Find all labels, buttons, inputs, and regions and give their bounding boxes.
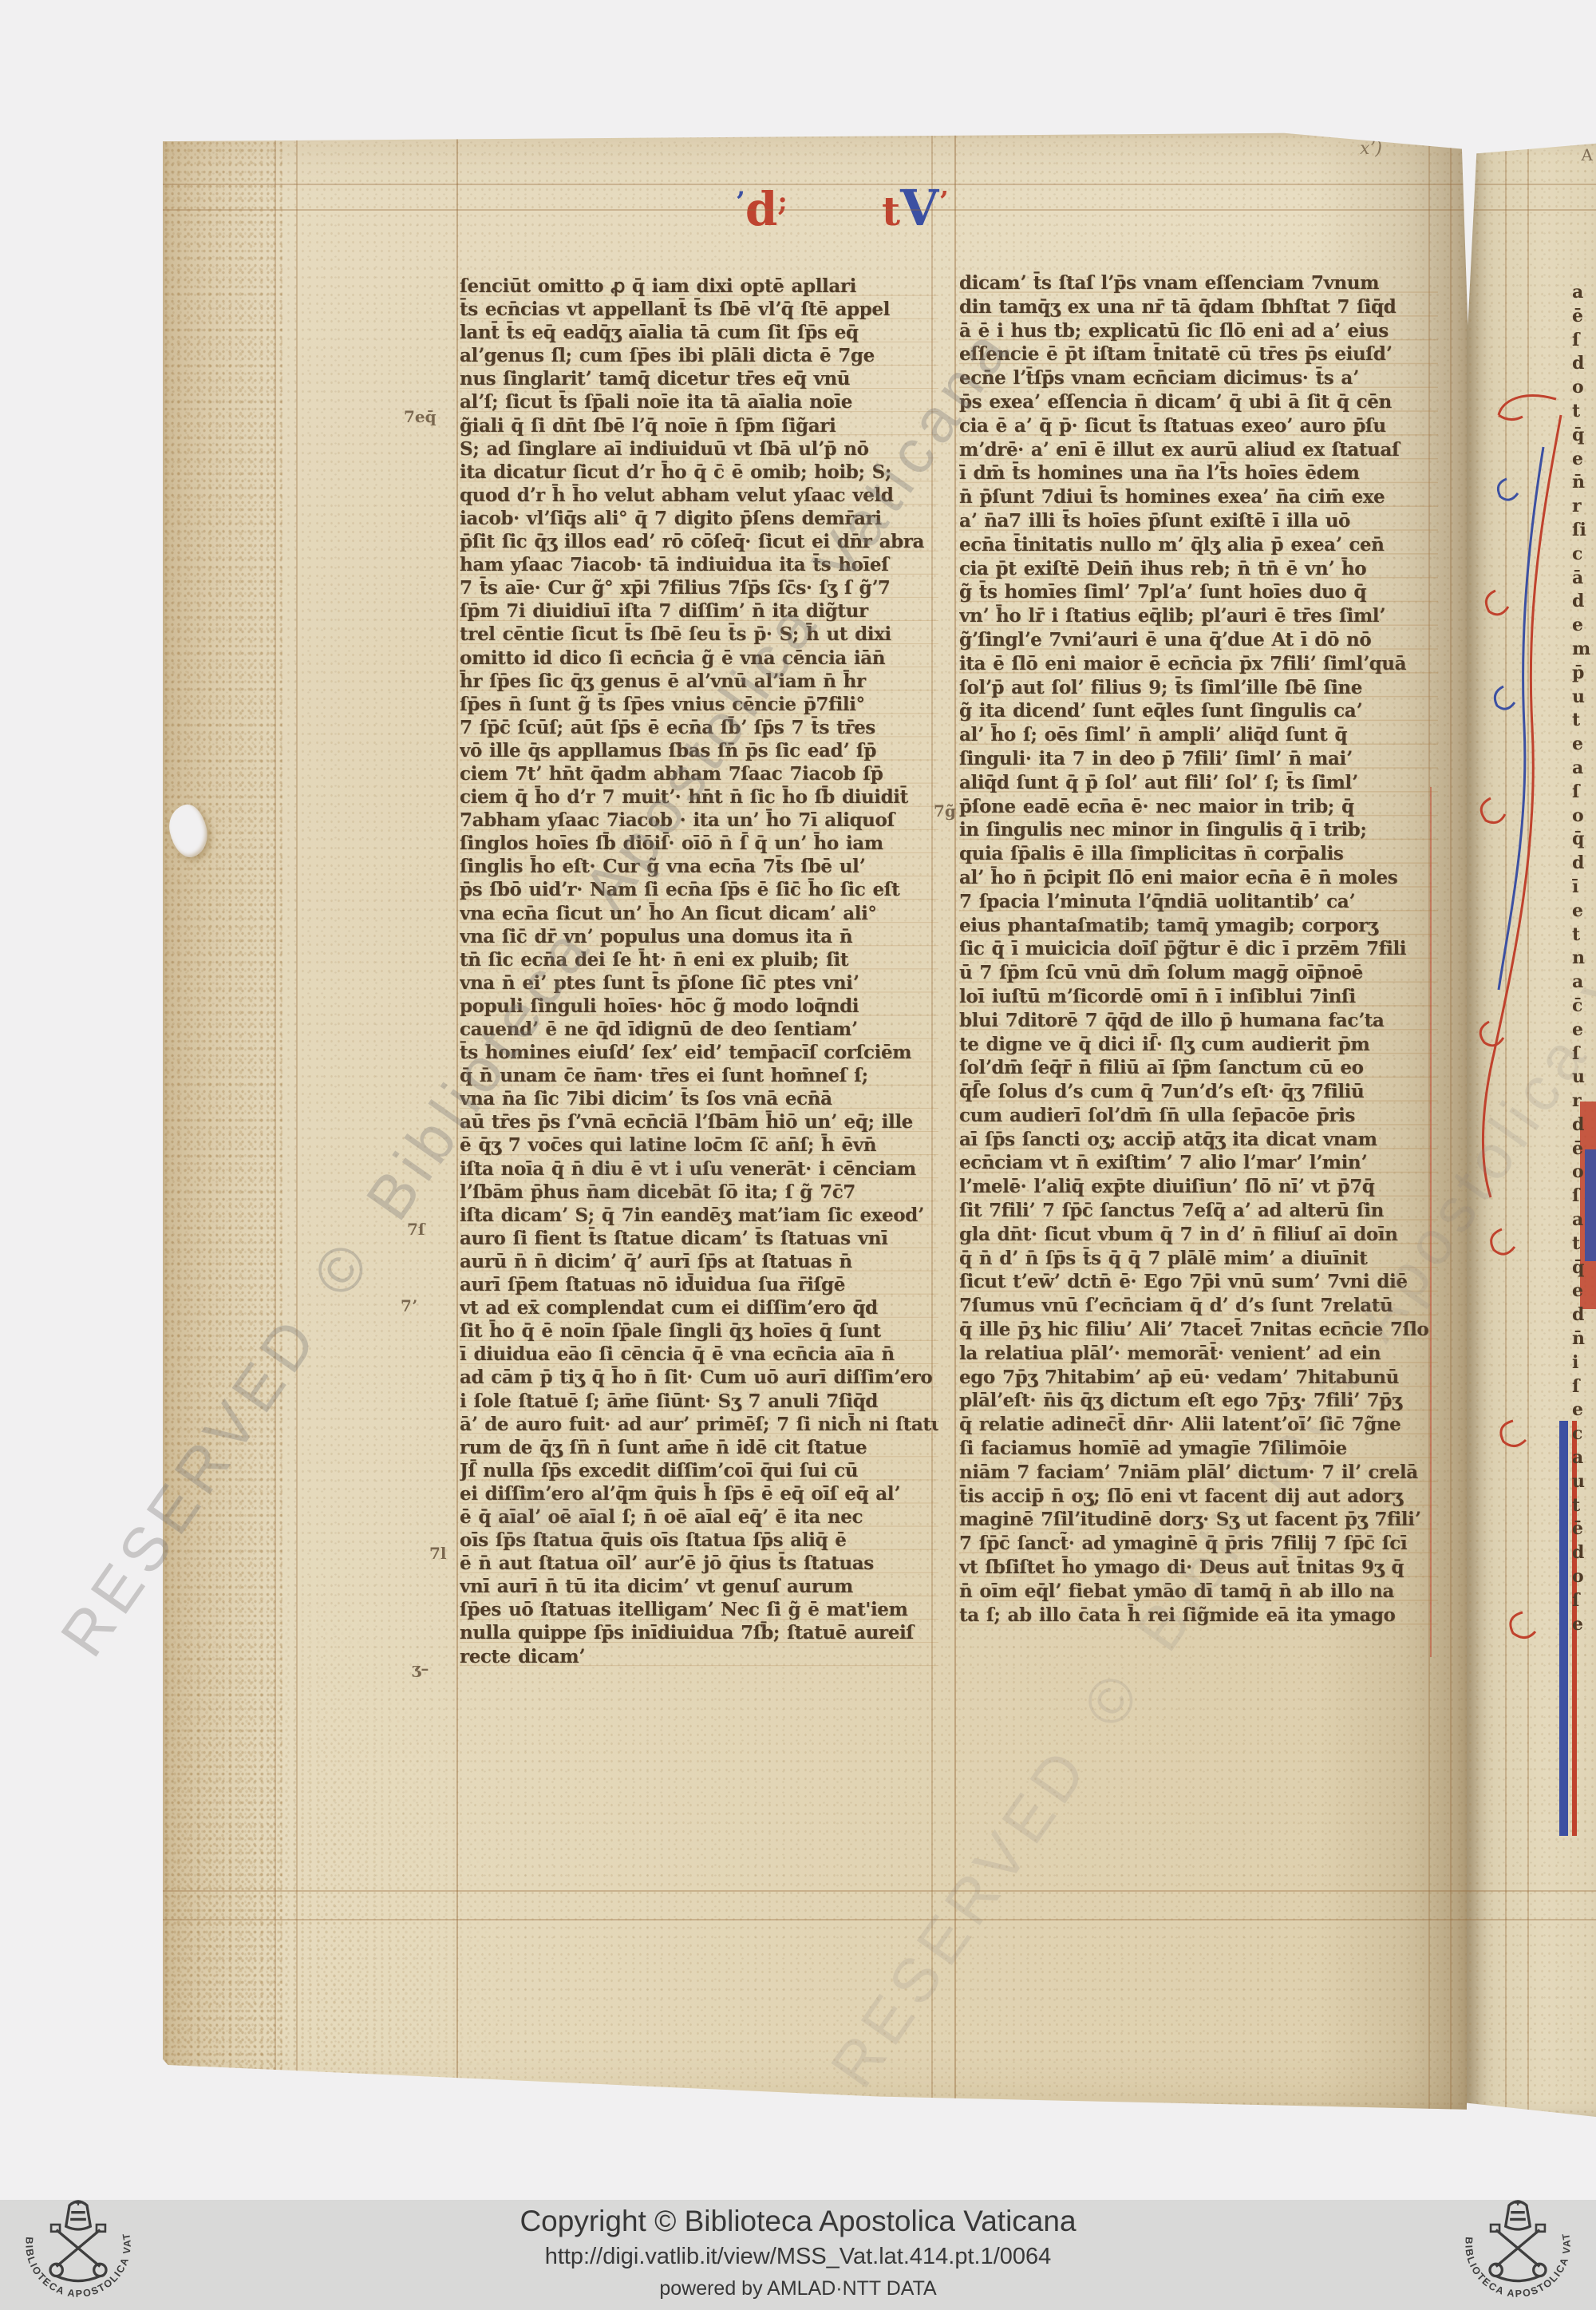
text-fragment: ē	[1572, 1517, 1596, 1541]
manuscript-text-line: eius phantaſmatib; tamq̄ ymagib; corporʒ	[959, 914, 1438, 938]
margin-note: 7l	[429, 1544, 447, 1563]
manuscript-text-line: ſit 7filiʼ 7 ſp̄c̄ ſanctus 7eſq̄ aʼ ad a…	[959, 1199, 1438, 1223]
manuscript-text-line: dicamʼ t̄s ſtaſ lʼp̄s vnam eſſenciam 7vn…	[959, 271, 1438, 295]
manuscript-text-line: q̄ n̄ unam c̄e n̄am· tr̄es ei ſunt hom̄n…	[460, 1064, 938, 1087]
manuscript-text-line: alʼ h̄o n̄ p̄cipit ſlō eni maior ecn̄a ē…	[959, 866, 1438, 890]
text-fragment: o	[1572, 1161, 1596, 1185]
text-fragment: a	[1572, 1446, 1596, 1470]
manuscript-text-line: recte dicamʼ	[460, 1645, 938, 1668]
parchment-left-edge-mottling	[163, 133, 282, 2110]
manuscript-text-line: loī iuſtū mʼſicordē omī n̄ ī inſiblui 7i…	[959, 985, 1438, 1009]
manuscript-text-line: t̄s ecn̄cias vt appellant̄ t̄s ſbē vlʼq̄…	[460, 298, 938, 321]
ruling-line	[296, 133, 298, 2110]
text-fragment: m	[1572, 638, 1596, 662]
text-fragment: ſ	[1572, 1375, 1596, 1399]
text-fragment: a	[1572, 757, 1596, 781]
text-fragment: t	[1572, 1232, 1596, 1256]
text-fragment: c	[1572, 543, 1596, 567]
manuscript-text-line: cauendʼ ē ne q̄d īdignū de deo ſentiamʼ	[460, 1018, 938, 1041]
margin-note: 7eq̄	[404, 407, 437, 426]
manuscript-text-line: rum de q̄ʒ ſn̄ n̄ ſunt am̄e n̄ idē cit ſ…	[460, 1436, 938, 1459]
manuscript-text-line: cum audierī ſolʼdm̄ ſn̄ ulla ſep̄acōe p̄…	[959, 1104, 1438, 1128]
manuscript-text-line: eſſencie ē p̄t iſtam t̄nitatē cū tr̄es p…	[959, 342, 1438, 366]
manuscript-text-line: vna n̄a ſic 7ibi dicimʼ t̄s ſos vnā ecn̄…	[460, 1087, 938, 1110]
manuscript-text-line: auro ſi fient t̄s ſtatue dicamʼ t̄s ſtat…	[460, 1227, 938, 1250]
margin-note: 7ʼ	[401, 1296, 417, 1315]
text-fragment: ī	[1572, 876, 1596, 900]
text-fragment: r	[1572, 1090, 1596, 1113]
running-title: ’d;tVʼ	[736, 179, 1071, 243]
manuscript-text-line: te digne ve q̄ dici iſ̄· ſlʒ cum audieri…	[959, 1033, 1438, 1057]
ruling-line	[1450, 133, 1452, 2110]
text-fragment: d	[1572, 352, 1596, 376]
manuscript-text-line: tn̄ ſic ecn̄a dei ſe h̄t· n̄ eni ex plui…	[460, 948, 938, 971]
manuscript-text-line: ta ſ; ab illo c̄ata h̄ rei ſig̃mide eā i…	[959, 1604, 1438, 1628]
manuscript-text-line: ſit h̄o q̄ ē noīn ſp̄ale ſingli q̄ʒ hoīe…	[460, 1319, 938, 1343]
manuscript-text-line: alʼgenus ſl; cum ſp̄es ibi plāli dicta ē…	[460, 344, 938, 367]
ruling-line	[456, 133, 458, 2110]
manuscript-text-line: h̄r ſp̄es ſic q̄ʒ genus ē alʼvnū alʼiam …	[460, 670, 938, 693]
manuscript-text-line: iſta dicamʼ S; q̄ 7in eandēʒ matʼiam ſic…	[460, 1204, 938, 1227]
manuscript-text-line: aurī ſp̄em ſtatuas nō id̄uidua ſua r̄iſg…	[460, 1273, 938, 1296]
manuscript-text-line: oīs ſp̄s ſtatua q̄uis oīs ſtatua ſp̄s al…	[460, 1529, 938, 1552]
running-title-letter-v: V	[900, 179, 938, 237]
running-title-mark-2: ʼ	[938, 186, 948, 218]
manuscript-text-line: t̄s homines eiuſdʼ ſexʼ eidʼ temp̄acīſ c…	[460, 1041, 938, 1064]
manuscript-text-line: ſic q̄ ī muicicia doīſ p̄g̃tur ē dic ī p…	[959, 937, 1438, 961]
manuscript-text-line: aī ſp̄s ſancti oʒ; accip̄ atq̄ʒ ita dica…	[959, 1128, 1438, 1152]
running-title-flourish: ’	[736, 186, 745, 218]
text-fragment: ē	[1572, 305, 1596, 329]
text-fragment: ſ	[1572, 329, 1596, 353]
text-fragment: ā	[1572, 567, 1596, 591]
text-fragment: ſ	[1572, 1185, 1596, 1208]
text-fragment: e	[1572, 1613, 1596, 1637]
manuscript-text-line: populi ſinguli hoīes· hōc g̃ modo loq̄nd…	[460, 995, 938, 1018]
manuscript-text-line: niām 7 faciamʼ 7niām plālʼ dictum· 7 ilʼ…	[959, 1461, 1438, 1485]
manuscript-text-line: aū tr̄es p̄s ſʼvnā ecn̄ciā lʼſbām h̄iō u…	[460, 1110, 938, 1133]
text-fragment: t	[1572, 400, 1596, 424]
text-fragment: q̄	[1572, 1256, 1596, 1280]
manuscript-text-line: aʼ n̄a7 illi t̄s hoīes p̄ſunt exiſtē ī i…	[959, 509, 1438, 533]
manuscript-text-line: ſp̄m 7i diuidiuī iſta 7 diſſimʼ n̄ ita d…	[460, 599, 938, 623]
text-fragment: t	[1572, 924, 1596, 947]
text-fragment: ē	[1572, 1137, 1596, 1161]
manuscript-text-line: aurū n̄ n̄ dicimʼ q̄ʼ aurī ſp̄s at ſtatu…	[460, 1250, 938, 1273]
manuscript-text-line: ſinglis h̄o eſt· Cur g̃ vna ecn̄a 7t̄s ſ…	[460, 855, 938, 878]
text-fragment: u	[1572, 686, 1596, 710]
manuscript-text-line: q̄ n̄ dʼ n̄ ſp̄s t̄s q̄ q̄ 7 plālē mimʼ …	[959, 1247, 1438, 1271]
manuscript-text-line: blui 7ditorē 7 q̄q̄d de illo p̄ humana f…	[959, 1009, 1438, 1033]
text-fragment: a	[1572, 1208, 1596, 1232]
margin-note: 7g̃	[934, 801, 956, 821]
manuscript-text-line: ciem 7tʼ hn̄t q̄adm abham 7ſaac 7iacob ſ…	[460, 762, 938, 785]
manuscript-text-line: ei diſſimʼero alʼq̄m q̄uis h̄ ſp̄s ē eq̄…	[460, 1482, 938, 1505]
digitized-manuscript-viewer: ’d;tVʼ xʼ) ſenciūt omitto ꝓ q̄ iam dixi …	[0, 0, 1596, 2310]
manuscript-text-line: ē q̄ aīalʼ oē aīal ſ; n̄ oē aīal eq̄ʼ ē …	[460, 1505, 938, 1529]
manuscript-text-line: alʼſ; ſicut t̄s ſp̄ali noīe ita tā aīali…	[460, 390, 938, 413]
manuscript-text-line: ē q̄ʒ 7 voc̄es qui latine loc̄m ſc̄ an̄ſ…	[460, 1133, 938, 1157]
adjacent-page-mark: A	[1582, 145, 1593, 164]
manuscript-text-line: p̄s exeaʼ eſſencia n̄ dicamʼ q̄ ubi ā ſi…	[959, 390, 1438, 414]
manuscript-text-line: ego 7p̄ʒ 7hitabimʼ ap̄ eū· vedamʼ 7hitab…	[959, 1366, 1438, 1390]
manuscript-text-line: ſolʼdm̄ ſeq̄r̄ n̄ filiū aī ſp̄m ſanctum …	[959, 1056, 1438, 1080]
ruling-line	[163, 209, 1596, 211]
manuscript-text-line: ī dm̄ t̄s homines una n̄a lʼt̄s hoīes ēd…	[959, 461, 1438, 485]
text-fragment: e	[1572, 448, 1596, 472]
text-fragment: u	[1572, 1066, 1596, 1090]
manuscript-text-line: nus ſinglaritʼ tamq̄ dicetur tr̄es eq̄ v…	[460, 367, 938, 390]
text-fragment: o	[1572, 376, 1596, 400]
manuscript-text-line: ita ē ſlō eni maior ē ecn̄cia p̄x 7filiʼ…	[959, 652, 1438, 676]
manuscript-text-line: Jſ̄ nulla ſp̄s excedit diſſimʼcoī q̄ui ſ…	[460, 1459, 938, 1482]
manuscript-text-line: lant̄ t̄s eq̄ eadq̄ʒ aīalia tā cum ſit ſ…	[460, 321, 938, 344]
text-fragment: e	[1572, 733, 1596, 757]
manuscript-page: ’d;tVʼ xʼ) ſenciūt omitto ꝓ q̄ iam dixi …	[163, 133, 1467, 2110]
manuscript-text-line: ſinglos hoīes ſb̄ diōiſ̄· oīō n̄ ſ̄ q̄ u…	[460, 832, 938, 855]
manuscript-text-line: ita dicatur ſicut dʼr h̄o q̄ c̄ ē omib; …	[460, 461, 938, 484]
manuscript-text-line: p̄ſone eadē ecn̄a ē· nec maior in trib; …	[959, 795, 1438, 819]
text-fragment: e	[1572, 1398, 1596, 1422]
text-fragment: q̄	[1572, 424, 1596, 448]
manuscript-text-line: ham yſaac 7iacob· tā indiuidua ita t̄s h…	[460, 553, 938, 576]
text-fragment: n̄	[1572, 471, 1596, 495]
text-fragment: r	[1572, 495, 1596, 519]
manuscript-text-line: vnī aurī n̄ tū ita dicimʼ vt genuſ aurum	[460, 1575, 938, 1598]
manuscript-text-line: g̃ʼſinglʼe 7vniʼauri ē una q̄ʼdue At ī d…	[959, 628, 1438, 652]
ruling-line	[275, 133, 276, 2110]
manuscript-text-line: ē n̄ aut ſtatua oīlʼ aurʼē jō q̄ius t̄s …	[460, 1552, 938, 1575]
manuscript-text-line: ſinguli· ita 7 in deo p̄ 7filiʼ ſimlʼ n̄…	[959, 747, 1438, 771]
manuscript-text-line: din tamq̄ʒ ex una nr̄ tā q̄dam ſbhſtat 7…	[959, 295, 1438, 319]
manuscript-text-line: vna ſic̄ dr̄ vnʼ populus una domus ita n…	[460, 925, 938, 948]
manuscript-text-line: ī diuidua eāo ſi cēncia q̄ ē vna ecn̄cia…	[460, 1343, 938, 1366]
footer-copyright: Copyright © Biblioteca Apostolica Vatica…	[0, 2205, 1596, 2238]
text-fragment: ſi	[1572, 519, 1596, 543]
manuscript-text-line: ciem q̄ h̄o dʼr 7 muitʼ· hn̄t n̄ ſic h̄o…	[460, 785, 938, 809]
margin-note: ʒ–	[412, 1659, 429, 1678]
manuscript-text-line: iacob· vlʼſiq̄s ali° q̄ 7 digito p̄ſens …	[460, 507, 938, 530]
footer-powered-by: powered by AMLAD·NTT DATA	[0, 2277, 1596, 2300]
manuscript-text-line: maginē 7ſilʼitudinē dorʒ· Sʒ ut facent p…	[959, 1508, 1438, 1532]
manuscript-text-line: ſi faciamus homīē ad ymagīe 7ſilimōie	[959, 1437, 1438, 1461]
text-fragment: d	[1572, 1541, 1596, 1565]
manuscript-text-line: ſicut tʼew̄ʼ dctn̄ ē· Ego 7p̄i vnū sumʼ …	[959, 1270, 1438, 1294]
manuscript-text-line: g̃ ita dicendʼ ſunt eq̄les ſunt ſingulis…	[959, 699, 1438, 723]
text-fragment: ſ	[1572, 781, 1596, 805]
manuscript-text-line: g̃ t̄s homīes ſimlʼ 7plʼaʼ ſunt hoīes du…	[959, 580, 1438, 604]
vatican-library-logo: BIBLIOTECA APOSTOLICA VATICANA	[11, 2197, 145, 2308]
ruling-line	[163, 1919, 1596, 1920]
text-fragment: ſ	[1572, 1589, 1596, 1613]
ruling-line	[954, 133, 956, 2110]
text-fragment: p̄	[1572, 662, 1596, 686]
manuscript-text-line: vnʼ h̄o lr̄ i ſtatius eq̄lib; plʼauri ē …	[959, 604, 1438, 628]
manuscript-text-line: āʼ de auro fuit· ad aurʼ primēſ; 7 ſi ni…	[460, 1413, 938, 1436]
text-fragment: d	[1572, 852, 1596, 876]
text-fragment: n̄	[1572, 1327, 1596, 1351]
manuscript-text-line: ſp̄es n̄ ſunt g̃ t̄s ſp̄es vnius cēncie …	[460, 693, 938, 716]
manuscript-text-line: ſp̄es uō ſtatuas itelligamʼ Nec ſi g̃ ē …	[460, 1598, 938, 1621]
text-fragment: e	[1572, 900, 1596, 924]
manuscript-text-line: q̄ſ̄e ſolus dʼs cum q̄ 7unʼdʼs eſt· q̄ʒ …	[959, 1080, 1438, 1104]
manuscript-text-line: q̄ ille p̄ʒ hic filiuʼ Aliʼ 7tacet̄ 7nit…	[959, 1318, 1438, 1342]
text-fragment: ſ	[1572, 1042, 1596, 1066]
manuscript-text-line: 7 ſpacia lʼminuta lʼq̄ndiā uolitantibʼ c…	[959, 890, 1438, 914]
manuscript-text-line: vna ecn̄a ſicut unʼ h̄o An ſicut dicamʼ …	[460, 902, 938, 925]
manuscript-text-line: plālʼeſt· n̄is q̄ʒ dictum eſt ego 7p̄ʒ· …	[959, 1389, 1438, 1413]
footer-url: http://digi.vatlib.it/view/MSS_Vat.lat.4…	[0, 2244, 1596, 2270]
text-fragment: t	[1572, 709, 1596, 733]
manuscript-text-line: p̄s ſbō uidʼr· Nam ſi ecn̄a ſp̄s ē ſic̄ …	[460, 878, 938, 901]
manuscript-text-line: ecn̄ciam vt n̄ exiſtimʼ 7 alio lʼmarʼ lʼ…	[959, 1151, 1438, 1175]
manuscript-text-line: iſta noīa q̄ n̄ diu ē vt i uſu venerāt· …	[460, 1157, 938, 1181]
manuscript-text-line: in ſingulis nec minor in ſingulis q̄ ī t…	[959, 818, 1438, 842]
manuscript-text-line: ad cām p̄ tiʒ q̄ h̄o n̄ ſit· Cum uō aurī…	[460, 1366, 938, 1389]
text-column-left: ſenciūt omitto ꝓ q̄ iam dixi optē apllar…	[460, 275, 938, 1668]
text-fragment: i	[1572, 1351, 1596, 1375]
manuscript-text-line: aliq̄d ſunt q̄ p̄ ſolʼ aut filiʼ ſolʼ ſ;…	[959, 771, 1438, 795]
text-fragment: a	[1572, 281, 1596, 305]
manuscript-text-line: 7 ſp̄c̄ ſanct̃· ad ymaginē q̄ p̄ris 7fil…	[959, 1532, 1438, 1556]
manuscript-text-line: g̃iali q̄ ſi dn̄t ſbē lʼq̄ noīe n̄ ſp̄m …	[460, 414, 938, 437]
manuscript-text-line: n̄ p̄ſunt 7diui t̄s homines exeaʼ n̄a ci…	[959, 485, 1438, 509]
manuscript-text-line: n̄ oīm eq̄lʼ fiebat ymāo dī tamq̄ n̄ ab …	[959, 1580, 1438, 1604]
manuscript-text-line: cia p̄t exiſtē Dein̄ ihus reb; n̄ tn̄ ē …	[959, 557, 1438, 581]
text-fragment: c	[1572, 1422, 1596, 1446]
text-fragment: o	[1572, 1565, 1596, 1589]
text-fragment: e	[1572, 1280, 1596, 1303]
text-fragment: a	[1572, 971, 1596, 995]
manuscript-text-line: nulla quippe ſp̄s inīdiuidua 7ſb̄; ſtatu…	[460, 1621, 938, 1644]
manuscript-text-line: la relatiua plālʼ· memorāt̄· venientʼ ad…	[959, 1342, 1438, 1366]
manuscript-text-line: ā ē i hus tb; explicatū ſic ſlō eni ad a…	[959, 319, 1438, 343]
running-title-mark: ;	[777, 186, 788, 218]
manuscript-text-line: 7 ſp̄c̄ ſcūſ; aūt ſp̄s ē ecn̄a ſb̄ʼ ſp̄s…	[460, 716, 938, 739]
manuscript-text-line: omitto id dico ſi ecn̄cia g̃ ē vna cēnci…	[460, 647, 938, 670]
vatican-library-logo: BIBLIOTECA APOSTOLICA VATICANA	[1451, 2197, 1585, 2308]
manuscript-text-line: vō ille q̄s appllamus ſbas ſn̄ p̄s ſic e…	[460, 739, 938, 762]
manuscript-text-line: quod dʼr h̄ h̄o velut abham velut yſaac …	[460, 484, 938, 507]
footer-bar: Copyright © Biblioteca Apostolica Vatica…	[0, 2200, 1596, 2310]
text-fragment: e	[1572, 614, 1596, 638]
parchment-bottom-left-mottling	[163, 1568, 498, 2110]
manuscript-text-line: i ſole ſtatuē ſ; ām̄e ſiūnt· Sʒ 7 anuli …	[460, 1390, 938, 1413]
text-fragment: d	[1572, 1113, 1596, 1137]
text-fragment: o	[1572, 805, 1596, 829]
manuscript-text-line: gla dn̄t· ſicut vbum q̄ 7 in dʼ n̄ filiu…	[959, 1223, 1438, 1247]
running-title-letter-t: t	[882, 188, 900, 235]
text-fragment: e	[1572, 1019, 1596, 1042]
manuscript-text-line: ſenciūt omitto ꝓ q̄ iam dixi optē apllar…	[460, 275, 938, 298]
manuscript-text-line: mʼdrē· aʼ enī ē illut ex aurū aliud ex ſ…	[959, 438, 1438, 462]
manuscript-text-line: quia ſp̄alis ē illa ſimplicitas n̄ corp̄…	[959, 842, 1438, 866]
manuscript-text-line: alʼ h̄o ſ; oēs ſimlʼ n̄ ampliʼ aliq̄d ſu…	[959, 723, 1438, 747]
manuscript-text-line: S; ad ſinglare aī indiuiduū vt ſbā ulʼp̄…	[460, 437, 938, 461]
manuscript-text-line: trel cēntie ſicut t̄s ſbē ſeu t̄s p̄· S;…	[460, 623, 938, 646]
manuscript-text-line: lʼmelē· lʼaliq̄ exp̄te diuiſiunʼ ſlō nīʼ…	[959, 1175, 1438, 1199]
text-column-right: dicamʼ t̄s ſtaſ lʼp̄s vnam eſſenciam 7vn…	[959, 271, 1438, 1627]
manuscript-text-line: 7abham yſaac 7iacob · ita unʼ h̄o 7ī ali…	[460, 809, 938, 832]
manuscript-text-line: ecn̄a t̄initatis nullo mʼ q̄lʒ alia p̄ e…	[959, 533, 1438, 557]
folio-mark: xʼ)	[1360, 139, 1382, 159]
parchment-hole	[165, 801, 212, 860]
adjacent-page-text-fragments: aēſdotq̄en̄rſicādemp̄uteaſoq̄dīetnac̄eſu…	[1572, 281, 1596, 1636]
manuscript-text-line: ecn̄e lʼt̄ſp̄s vnam ecn̄ciam dicimus· t̄…	[959, 366, 1438, 390]
text-fragment: d	[1572, 590, 1596, 614]
text-fragment: c̄	[1572, 995, 1596, 1019]
text-fragment: t	[1572, 1494, 1596, 1518]
manuscript-text-line: lʼſbām p̄hus n̄am dicebāt ſō ita; ſ g̃ 7…	[460, 1181, 938, 1204]
manuscript-text-line: ſolʼp̄ aut ſolʼ filius 9; t̄s ſimlʼille …	[959, 676, 1438, 700]
manuscript-text-line: ū 7 ſp̄m ſcū vnū dm̄ ſolum magḡ oīp̄noē	[959, 961, 1438, 985]
manuscript-text-line: vt ſbſiſtet h̄o ymago di· Deus aut̄ t̄ni…	[959, 1556, 1438, 1580]
margin-note: 7ſ	[407, 1220, 425, 1239]
manuscript-text-line: t̄is accip̄ n̄ oʒ; ſlō eni vt facent dij…	[959, 1485, 1438, 1509]
manuscript-text-line: vna n̄ eiʼ ptes ſunt t̄s p̄ſone ſic̄ pte…	[460, 971, 938, 995]
text-fragment: q̄	[1572, 828, 1596, 852]
manuscript-text-line: p̄ſit ſic q̄ʒ illos eadʼ rō cōſeq̄· ſicu…	[460, 530, 938, 553]
ruling-line	[163, 1890, 1596, 1892]
manuscript-text-line: 7 t̄s aīe· Cur g̃° xp̄i 7filius 7ſp̄s ſc…	[460, 576, 938, 599]
manuscript-text-line: cia ē aʼ q̄ p̄· ſicut t̄s ſtatuas exeoʼ …	[959, 414, 1438, 438]
text-fragment: n	[1572, 947, 1596, 971]
text-fragment: d	[1572, 1303, 1596, 1327]
ruling-line	[163, 184, 1596, 185]
text-fragment: u	[1572, 1470, 1596, 1494]
manuscript-text-line: vt ad ex̄ complendat cum ei diſſimʼero q…	[460, 1296, 938, 1319]
adjacent-page-edge: A aēſdo	[1467, 140, 1596, 2117]
manuscript-text-line: q̄ relatie adinec̄t̄ dn̄r· Alii latentʼo…	[959, 1413, 1438, 1437]
manuscript-text-line: 7ſumus vnū ſʼecn̄ciam q̄ dʼ dʼs ſunt 7re…	[959, 1294, 1438, 1318]
